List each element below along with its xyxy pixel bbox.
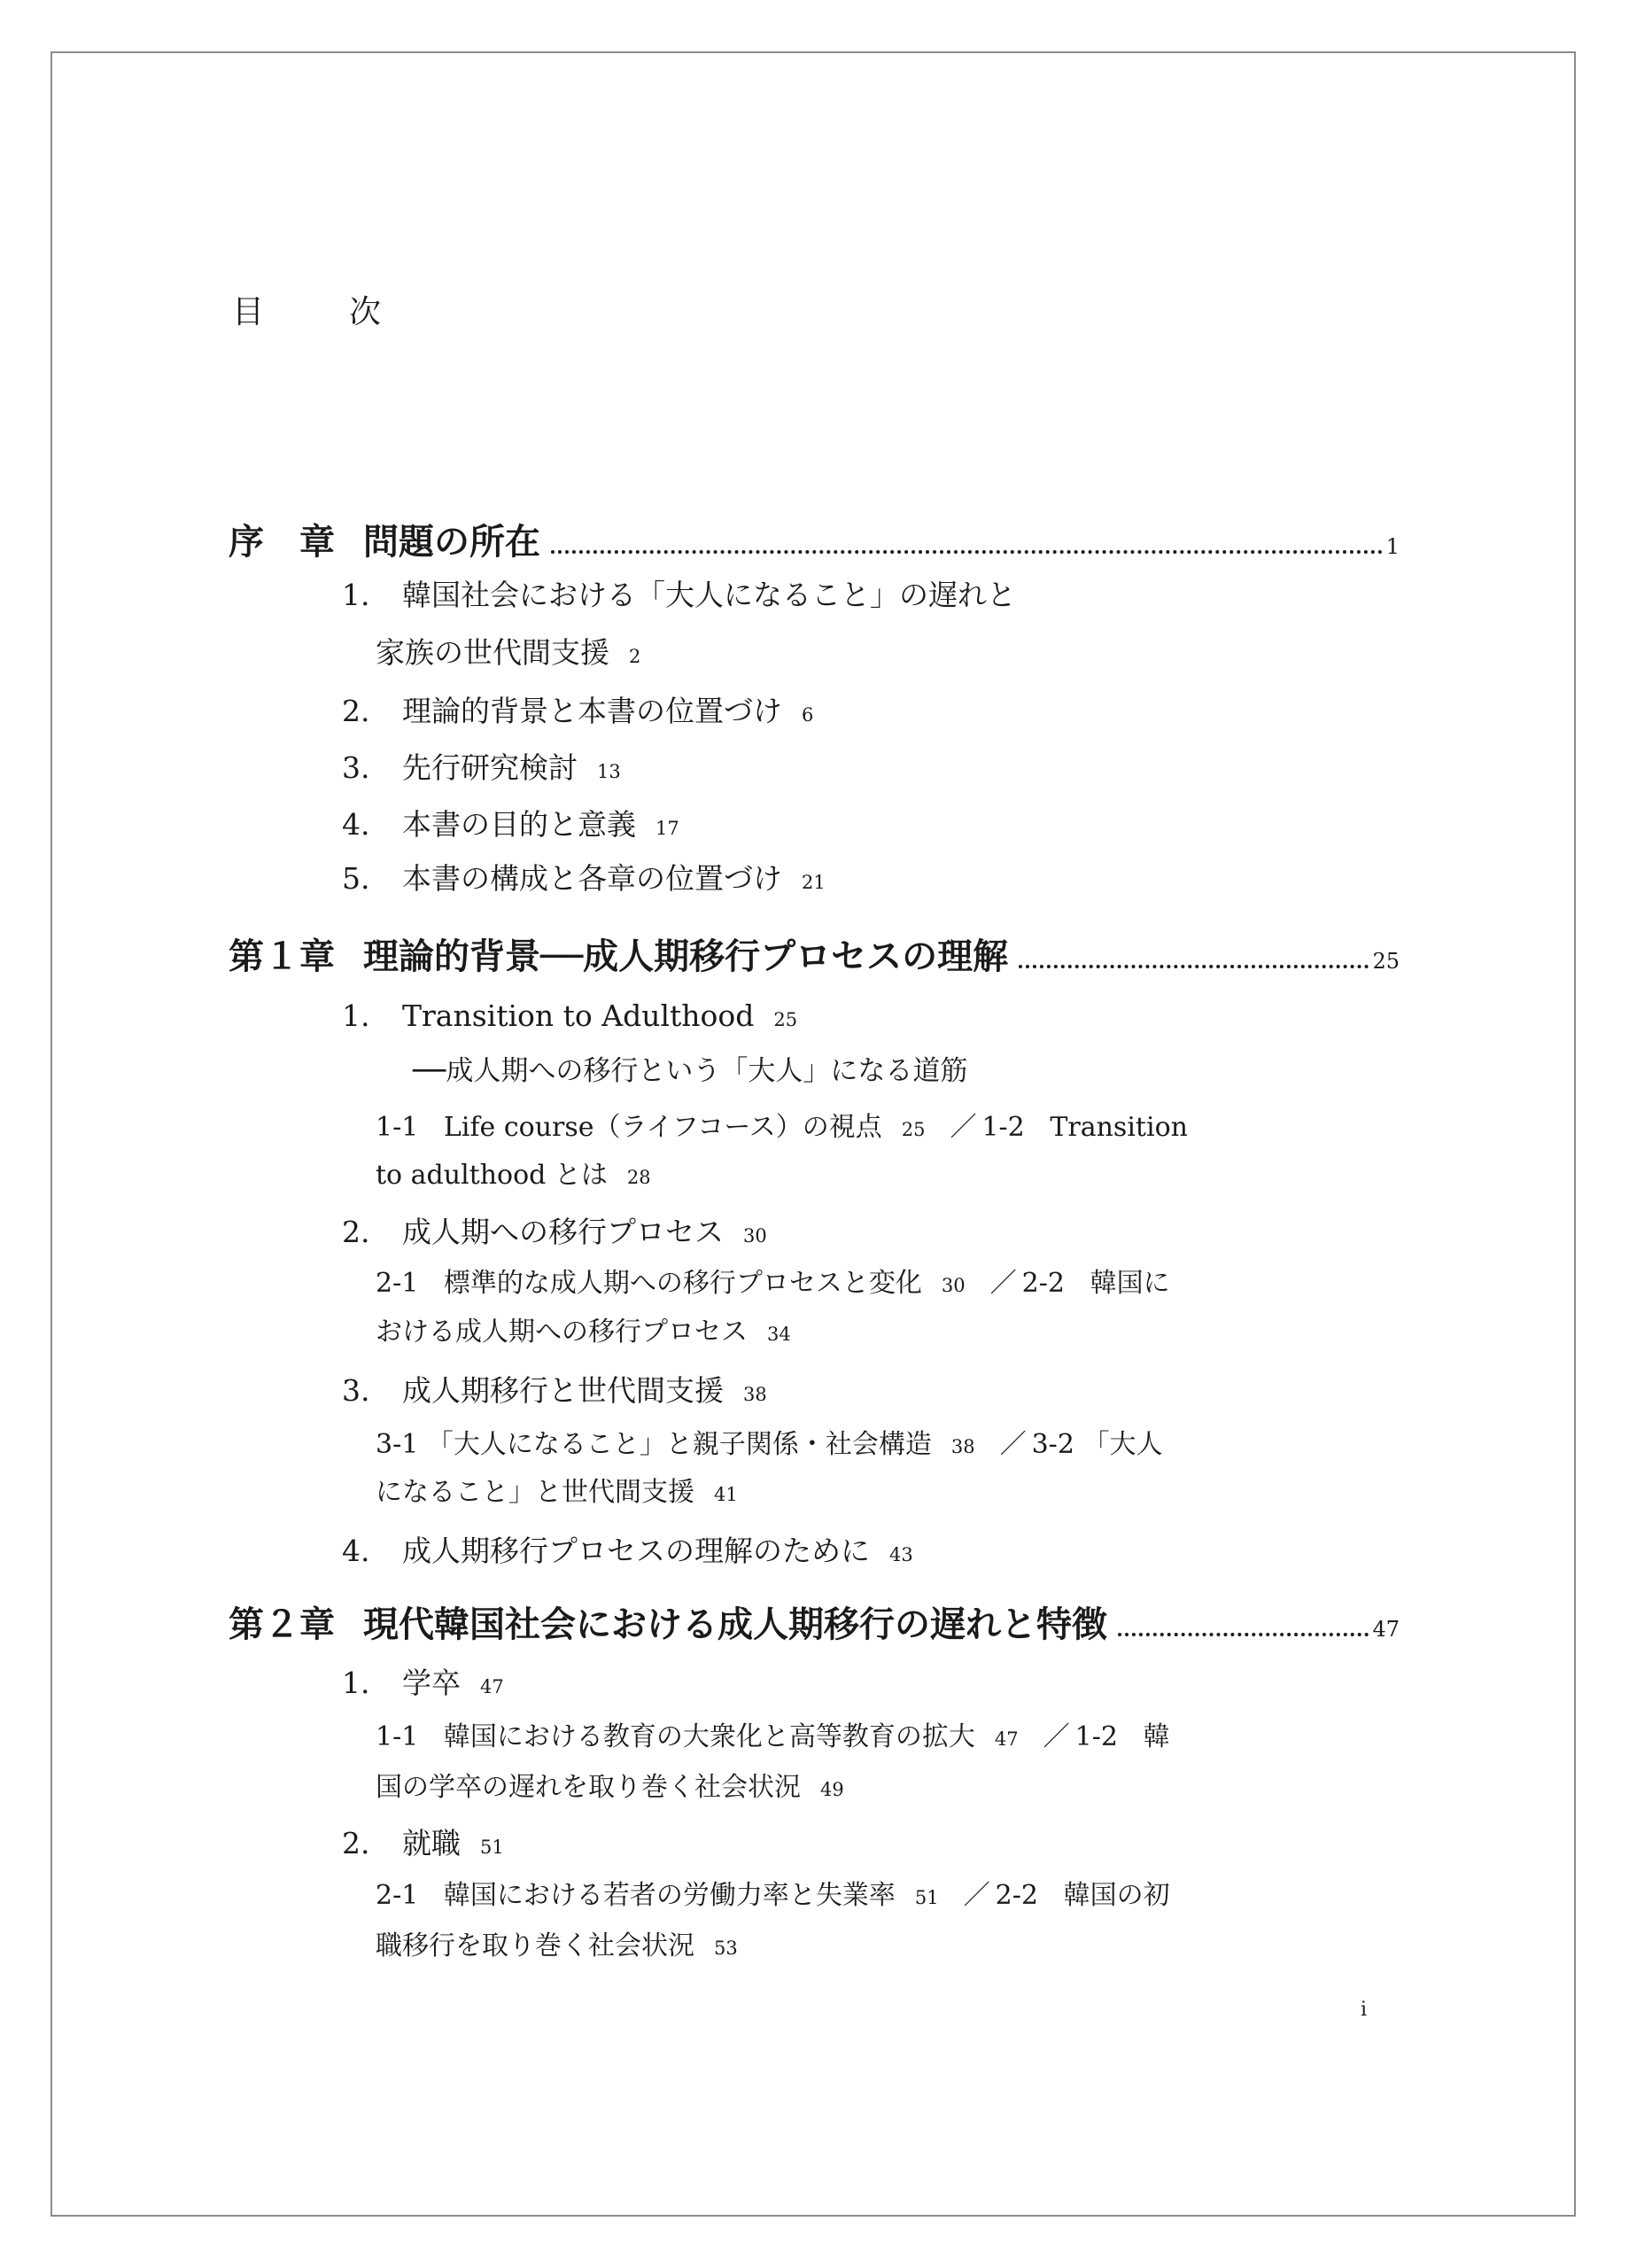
toc-chapter-intro[interactable]: 序 章 問題の所在 1 xyxy=(229,524,1400,560)
section-number: 2. xyxy=(342,1829,402,1858)
subsection-page: 28 xyxy=(627,1167,651,1188)
separator: ／ xyxy=(950,1112,976,1143)
toc-chapter-2[interactable]: 第２章 現代韓国社会における成人期移行の遅れと特徴 47 xyxy=(229,1607,1400,1643)
toc-section-continuation[interactable]: 家族の世代間支援2 xyxy=(376,638,640,667)
toc-section[interactable]: 3.成人期移行と世代間支援38 xyxy=(342,1376,767,1405)
subsection-page: 53 xyxy=(714,1938,738,1959)
toc-section[interactable]: 3.先行研究検討13 xyxy=(342,753,621,782)
subsection-title-cont: to adulthood とは xyxy=(376,1160,608,1191)
toc-subsections[interactable]: 2-1 標準的な成人期への移行プロセスと変化30／2-2 韓国に xyxy=(376,1270,1170,1297)
subsection-title-cont: おける成人期への移行プロセス xyxy=(376,1317,748,1348)
toc-subsections[interactable]: 3-1 「大人になること」と親子関係・社会構造38／3-2 「大人 xyxy=(376,1432,1162,1458)
toc-subsections[interactable]: 1-1 韓国における教育の大衆化と高等教育の拡大47／1-2 韓 xyxy=(376,1724,1170,1751)
section-page: 2 xyxy=(629,646,640,667)
section-title-cont: 家族の世代間支援 xyxy=(376,635,609,670)
toc-section[interactable]: 2.成人期への移行プロセス30 xyxy=(342,1217,767,1247)
section-page: 13 xyxy=(597,761,621,782)
chapter-title: 問題の所在 xyxy=(363,524,540,560)
section-number: 3. xyxy=(342,753,402,782)
section-number: 3. xyxy=(342,1376,402,1405)
section-number: 4. xyxy=(342,1536,402,1565)
separator: ／ xyxy=(1000,1429,1027,1460)
dot-leader xyxy=(1019,965,1369,968)
toc-section[interactable]: 1.Transition to Adulthood25 xyxy=(342,1001,797,1030)
section-title: 学卒 xyxy=(402,1666,461,1700)
toc-section[interactable]: 1.韓国社会における「大人になること」の遅れと xyxy=(342,580,1016,610)
toc-subsections-cont[interactable]: おける成人期への移行プロセス34 xyxy=(376,1319,791,1346)
separator: ／ xyxy=(964,1880,990,1911)
section-title: 本書の構成と各章の位置づけ xyxy=(402,861,782,896)
section-title: 成人期移行と世代間支援 xyxy=(402,1373,724,1408)
toc-subsections[interactable]: 2-1 韓国における若者の労働力率と失業率51／2-2 韓国の初 xyxy=(376,1883,1170,1909)
subsection-title: Life course（ライフコース）の視点 xyxy=(444,1112,882,1143)
subsection-title: 韓国の初 xyxy=(1064,1880,1170,1911)
section-number: 1. xyxy=(342,580,402,610)
section-title: 韓国社会における「大人になること」の遅れと xyxy=(402,578,1016,612)
chapter-page: 25 xyxy=(1372,951,1400,972)
section-title: 理論的背景と本書の位置づけ xyxy=(402,694,782,728)
chapter-label: 第１章 xyxy=(229,939,335,975)
subsection-number: 1-2 xyxy=(981,1112,1024,1143)
subsection-title-cont: 国の学卒の遅れを取り巻く社会状況 xyxy=(376,1772,801,1803)
section-page: 51 xyxy=(480,1837,504,1858)
subsection-title: 標準的な成人期への移行プロセスと変化 xyxy=(444,1268,922,1299)
subsection-number: 2-1 xyxy=(376,1268,418,1299)
section-title: Transition to Adulthood xyxy=(402,998,754,1033)
chapter-page: 47 xyxy=(1372,1619,1400,1640)
subsection-page: 38 xyxy=(951,1436,975,1457)
toc-subsections-cont[interactable]: になること」と世代間支援41 xyxy=(376,1480,738,1506)
toc-section[interactable]: 1.学卒47 xyxy=(342,1668,504,1697)
subsection-title: 韓 xyxy=(1144,1721,1170,1752)
subsection-number: 1-1 xyxy=(376,1721,418,1752)
subsection-page: 47 xyxy=(995,1728,1019,1750)
toc-chapter-1[interactable]: 第１章 理論的背景──成人期移行プロセスの理解 25 xyxy=(229,939,1400,975)
chapter-label: 第２章 xyxy=(229,1607,335,1643)
toc-section[interactable]: 4.本書の目的と意義17 xyxy=(342,810,679,839)
toc-title: 目 次 xyxy=(232,297,407,329)
subsection-title-cont: になること」と世代間支援 xyxy=(376,1477,694,1508)
subsection-title: 「大人 xyxy=(1082,1429,1162,1460)
section-page: 17 xyxy=(655,818,679,839)
subsection-title-cont: 職移行を取り巻く社会状況 xyxy=(376,1930,694,1961)
section-title: 就職 xyxy=(402,1826,461,1860)
toc-subsections-cont[interactable]: 職移行を取り巻く社会状況53 xyxy=(376,1933,738,1960)
section-page: 47 xyxy=(480,1676,504,1697)
subsection-number: 1-2 xyxy=(1075,1721,1118,1752)
section-page: 38 xyxy=(743,1384,767,1405)
subsection-title: Transition xyxy=(1050,1112,1188,1143)
section-number: 2. xyxy=(342,1217,402,1247)
section-title: 本書の目的と意義 xyxy=(402,807,636,842)
chapter-page: 1 xyxy=(1386,536,1400,557)
toc-subsections-cont[interactable]: to adulthood とは28 xyxy=(376,1162,651,1189)
section-title: 成人期への移行プロセス xyxy=(402,1215,724,1249)
toc-section[interactable]: 2.就職51 xyxy=(342,1829,504,1858)
subsection-title: 「大人になること」と親子関係・社会構造 xyxy=(427,1429,932,1460)
page-folio: i xyxy=(1361,2000,1367,2020)
subsection-page: 41 xyxy=(714,1484,738,1505)
subsection-number: 3-1 xyxy=(376,1429,418,1460)
section-number: 4. xyxy=(342,810,402,839)
section-title: 成人期移行プロセスの理解のために xyxy=(402,1534,870,1568)
toc-section[interactable]: 4.成人期移行プロセスの理解のために43 xyxy=(342,1536,913,1565)
subsection-page: 34 xyxy=(767,1324,791,1345)
toc-section[interactable]: 2.理論的背景と本書の位置づけ6 xyxy=(342,696,813,726)
section-title: 先行研究検討 xyxy=(402,750,578,785)
subsection-number: 2-2 xyxy=(996,1880,1038,1911)
subsection-number: 2-1 xyxy=(376,1880,418,1911)
toc-section[interactable]: 5.本書の構成と各章の位置づけ21 xyxy=(342,864,826,893)
subsection-number: 3-2 xyxy=(1032,1429,1074,1460)
section-number: 1. xyxy=(342,1001,402,1030)
section-page: 30 xyxy=(743,1225,767,1247)
subsection-number: 2-2 xyxy=(1022,1268,1065,1299)
subsection-page: 25 xyxy=(902,1119,926,1140)
toc-section-subtitle: ──成人期への移行という「大人」になる道筋 xyxy=(413,1058,967,1085)
section-page: 43 xyxy=(889,1544,913,1565)
subsection-title: 韓国に xyxy=(1090,1268,1170,1299)
subsection-page: 30 xyxy=(942,1275,966,1296)
chapter-title: 理論的背景──成人期移行プロセスの理解 xyxy=(363,939,1008,975)
subsection-title: 韓国における若者の労働力率と失業率 xyxy=(444,1880,896,1911)
dot-leader xyxy=(551,550,1383,554)
section-number: 1. xyxy=(342,1668,402,1697)
subsection-page: 49 xyxy=(820,1779,844,1800)
subsection-title: 韓国における教育の大衆化と高等教育の拡大 xyxy=(444,1721,975,1752)
section-page: 25 xyxy=(773,1009,797,1030)
chapter-label: 序 章 xyxy=(229,524,335,560)
section-page: 6 xyxy=(802,704,813,726)
subsection-number: 1-1 xyxy=(376,1112,418,1143)
section-number: 2. xyxy=(342,696,402,726)
chapter-title: 現代韓国社会における成人期移行の遅れと特徴 xyxy=(363,1607,1107,1643)
toc-subsections[interactable]: 1-1 Life course（ライフコース）の視点25／1-2 Transit… xyxy=(376,1115,1188,1141)
subsection-page: 51 xyxy=(915,1887,939,1908)
separator: ／ xyxy=(990,1268,1017,1299)
separator: ／ xyxy=(1043,1721,1070,1752)
toc-subsections-cont[interactable]: 国の学卒の遅れを取り巻く社会状況49 xyxy=(376,1775,844,1801)
section-number: 5. xyxy=(342,864,402,893)
section-page: 21 xyxy=(802,872,826,893)
dot-leader xyxy=(1118,1633,1369,1636)
